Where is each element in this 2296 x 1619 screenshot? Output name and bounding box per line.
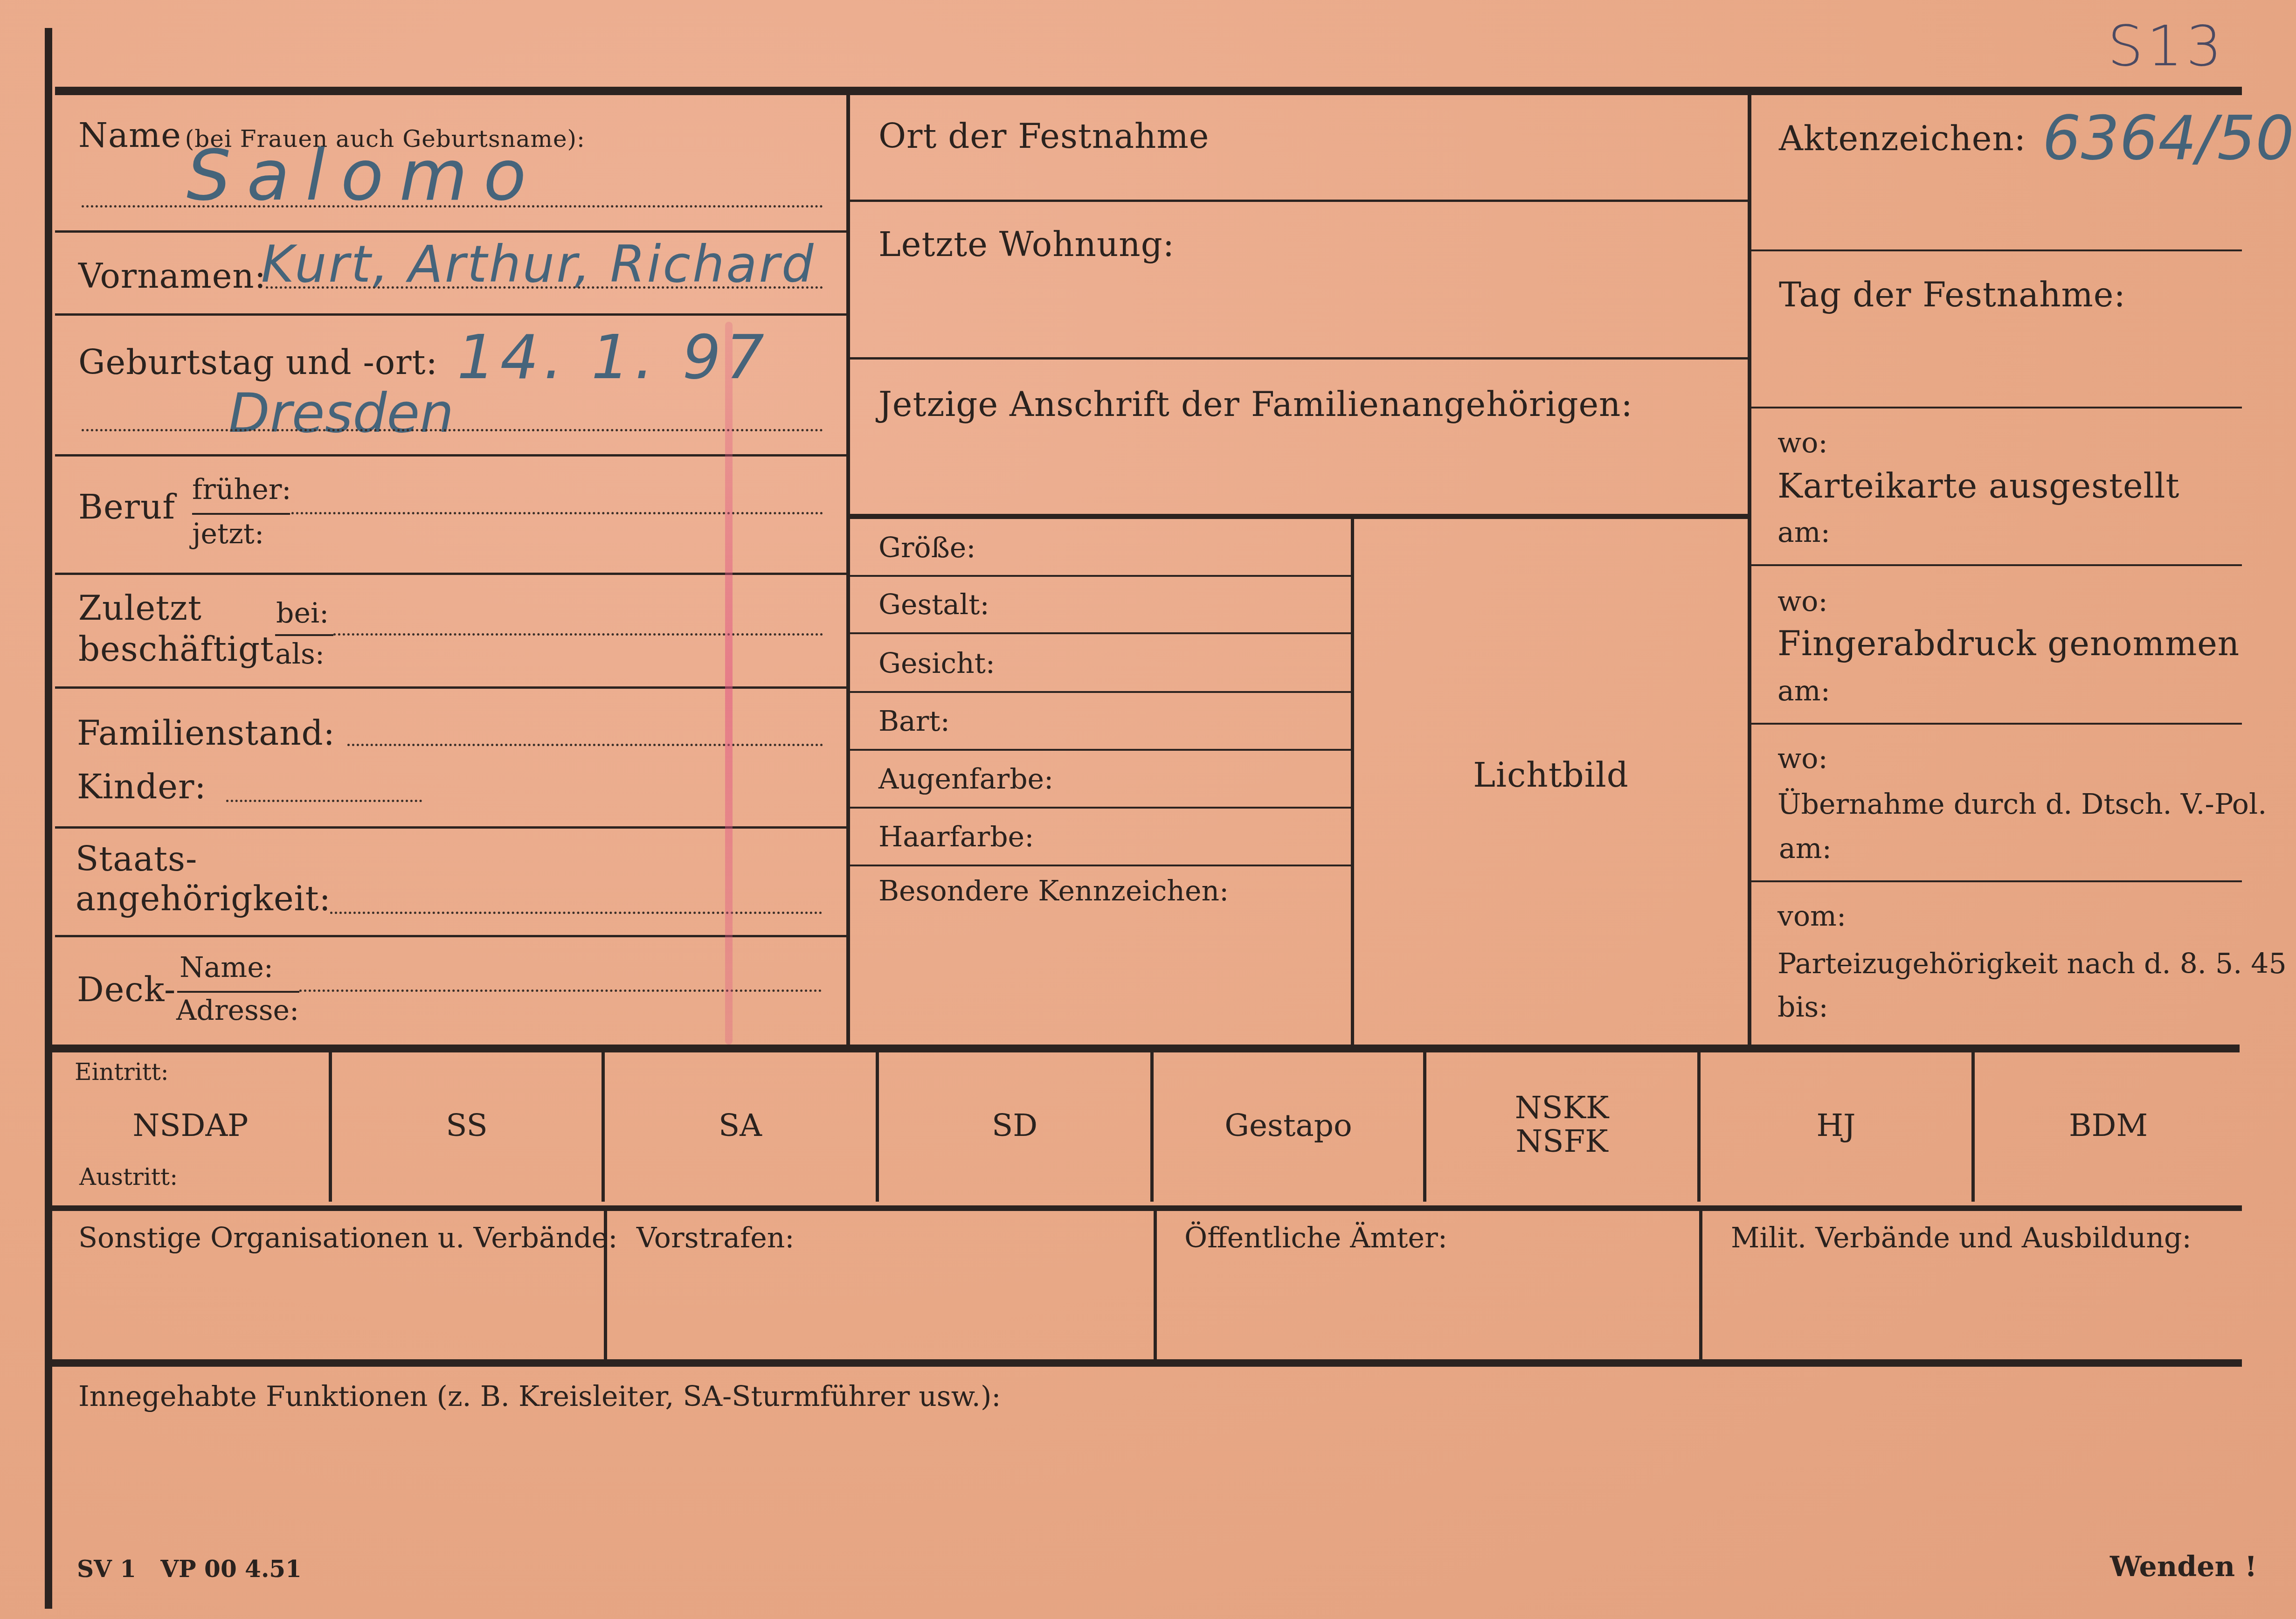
cover-line — [299, 989, 822, 992]
pink-pencil-mark — [725, 322, 733, 1045]
employed-label-2: beschäftigt — [78, 630, 274, 669]
org-hj[interactable]: HJ — [1701, 1107, 1971, 1143]
birth-date-value[interactable]: 14. 1. 97 — [457, 322, 769, 393]
photo-placeholder[interactable]: Lichtbild — [1354, 755, 1748, 795]
org-nskk-nsfk[interactable]: NSKK NSFK — [1426, 1091, 1697, 1158]
rule — [1751, 564, 2242, 566]
org-sd[interactable]: SD — [879, 1107, 1150, 1143]
fingerprint-label: Fingerabdruck genommen — [1777, 624, 2240, 663]
org-gestapo[interactable]: Gestapo — [1154, 1107, 1423, 1143]
takeover-where: wo: — [1777, 742, 1828, 775]
given-names-line — [266, 286, 823, 289]
height-label: Größe: — [878, 532, 976, 564]
public-offices-label: Öffentliche Ämter: — [1184, 1222, 1447, 1254]
rule — [850, 200, 1748, 202]
family-address-label: Jetzige Anschrift der Familienangehörige… — [878, 385, 1633, 424]
functions-label: Innegehabte Funktionen (z. B. Kreisleite… — [78, 1380, 1001, 1413]
citizenship-line — [330, 912, 822, 914]
citizenship-label-2: angehörigkeit: — [76, 879, 331, 918]
file-number-label: Aktenzeichen: — [1779, 119, 2026, 158]
rule — [850, 749, 1351, 751]
marital-line — [347, 744, 823, 746]
occupation-former-label: früher: — [192, 473, 291, 506]
eye-color-label: Augenfarbe: — [878, 763, 1053, 796]
functions-top-rule — [52, 1359, 2242, 1367]
org-bdm[interactable]: BDM — [1975, 1107, 2242, 1143]
party-until: bis: — [1777, 991, 1828, 1024]
build-label: Gestalt: — [878, 588, 989, 621]
divider-col1 — [846, 95, 850, 1046]
face-label: Gesicht: — [878, 647, 995, 680]
entry-label: Eintritt: — [75, 1059, 169, 1086]
fingerprint-where: wo: — [1777, 585, 1828, 618]
given-names-value[interactable]: Kurt, Arthur, Richard — [261, 235, 815, 294]
marital-label: Familienstand: — [77, 713, 335, 753]
file-number-value[interactable]: 6364/50 — [2042, 103, 2294, 173]
birth-line — [82, 429, 823, 431]
org-ss[interactable]: SS — [332, 1107, 602, 1143]
takeover-label: Übernahme durch d. Dtsch. V.-Pol. — [1777, 788, 2267, 821]
org-top-rule — [48, 1045, 2240, 1052]
org-divider — [876, 1052, 879, 1202]
cover-address-label: Adresse: — [176, 994, 299, 1027]
birth-place-value[interactable]: Dresden — [228, 382, 454, 445]
org-divider — [602, 1052, 605, 1202]
party-label: Parteizugehörigkeit nach d. 8. 5. 45 — [1777, 948, 2287, 980]
org-divider — [1697, 1052, 1701, 1202]
org-divider — [329, 1052, 332, 1202]
arrest-place-label: Ort der Festnahme — [878, 117, 1209, 156]
occupation-line — [291, 512, 823, 514]
takeover-when: am: — [1779, 832, 1832, 865]
rule — [1751, 723, 2242, 725]
other-orgs-label: Sonstige Organisationen u. Verbände: — [78, 1222, 617, 1254]
org-divider — [1423, 1052, 1426, 1202]
occupation-current-label: jetzt: — [192, 518, 264, 550]
rule — [850, 357, 1748, 360]
index-card-when: am: — [1777, 516, 1830, 549]
left-border — [45, 28, 52, 1609]
occupation-label: Beruf — [78, 487, 175, 526]
org-nsfk: NSFK — [1426, 1125, 1697, 1158]
beard-label: Bart: — [878, 705, 950, 738]
registration-card: S13 Name(bei Frauen auch Geburtsname): S… — [0, 0, 2296, 1619]
rule — [1751, 249, 2242, 251]
children-line — [226, 800, 422, 802]
form-code: SV 1 VP 00 4.51 — [77, 1555, 302, 1583]
last-residence-label: Letzte Wohnung: — [878, 225, 1175, 264]
birth-label: Geburtstag und -ort: — [78, 343, 438, 382]
rule — [850, 691, 1351, 693]
rule — [1751, 880, 2242, 882]
employed-label-1: Zuletzt — [78, 588, 202, 628]
thick-rule — [850, 514, 1748, 519]
org-divider — [1971, 1052, 1975, 1202]
employed-line — [333, 633, 823, 636]
cover-label: Deck- — [77, 970, 176, 1009]
rule — [850, 807, 1351, 809]
index-card-where: wo: — [1777, 427, 1828, 459]
arrest-date-label: Tag der Festnahme: — [1779, 275, 2126, 314]
fraction-rule — [192, 513, 290, 515]
org-divider — [1150, 1052, 1154, 1202]
fraction-rule — [275, 634, 333, 636]
org-sa[interactable]: SA — [605, 1107, 876, 1143]
military-label: Milit. Verbände und Ausbildung: — [1731, 1222, 2192, 1254]
corner-mark: S13 — [2108, 14, 2226, 79]
org-nsdap[interactable]: NSDAP — [52, 1107, 329, 1143]
fingerprint-when: am: — [1777, 675, 1830, 707]
rule — [55, 230, 846, 233]
employed-as-label: als: — [275, 638, 325, 671]
prior-convictions-label: Vorstrafen: — [636, 1222, 795, 1254]
org-nskk: NSKK — [1426, 1091, 1697, 1125]
rule — [850, 632, 1351, 634]
surname-value[interactable]: Salomo — [187, 135, 542, 216]
citizenship-label-1: Staats- — [76, 839, 197, 879]
top-rule — [55, 87, 2242, 95]
index-card-label: Karteikarte ausgestellt — [1777, 466, 2180, 505]
marks-label: Besondere Kennzeichen: — [878, 875, 1229, 907]
history-divider — [1154, 1211, 1157, 1359]
rule — [1751, 407, 2242, 408]
turn-over-note: Wenden ! — [2110, 1550, 2257, 1583]
cover-name-label: Name: — [180, 951, 273, 984]
divider-col2 — [1748, 95, 1751, 1046]
given-names-label: Vornamen: — [78, 256, 266, 296]
children-label: Kinder: — [77, 767, 207, 806]
hair-color-label: Haarfarbe: — [878, 821, 1034, 853]
party-from: vom: — [1777, 900, 1846, 933]
rule — [850, 865, 1351, 866]
rule — [850, 575, 1351, 577]
fraction-rule — [177, 991, 299, 993]
photo-divider — [1351, 518, 1354, 1046]
history-divider — [1699, 1211, 1702, 1359]
employed-at-label: bei: — [276, 597, 329, 630]
history-top-rule — [52, 1205, 2242, 1211]
name-field-line — [82, 205, 823, 208]
rule — [55, 313, 846, 316]
exit-label: Austritt: — [79, 1163, 178, 1190]
